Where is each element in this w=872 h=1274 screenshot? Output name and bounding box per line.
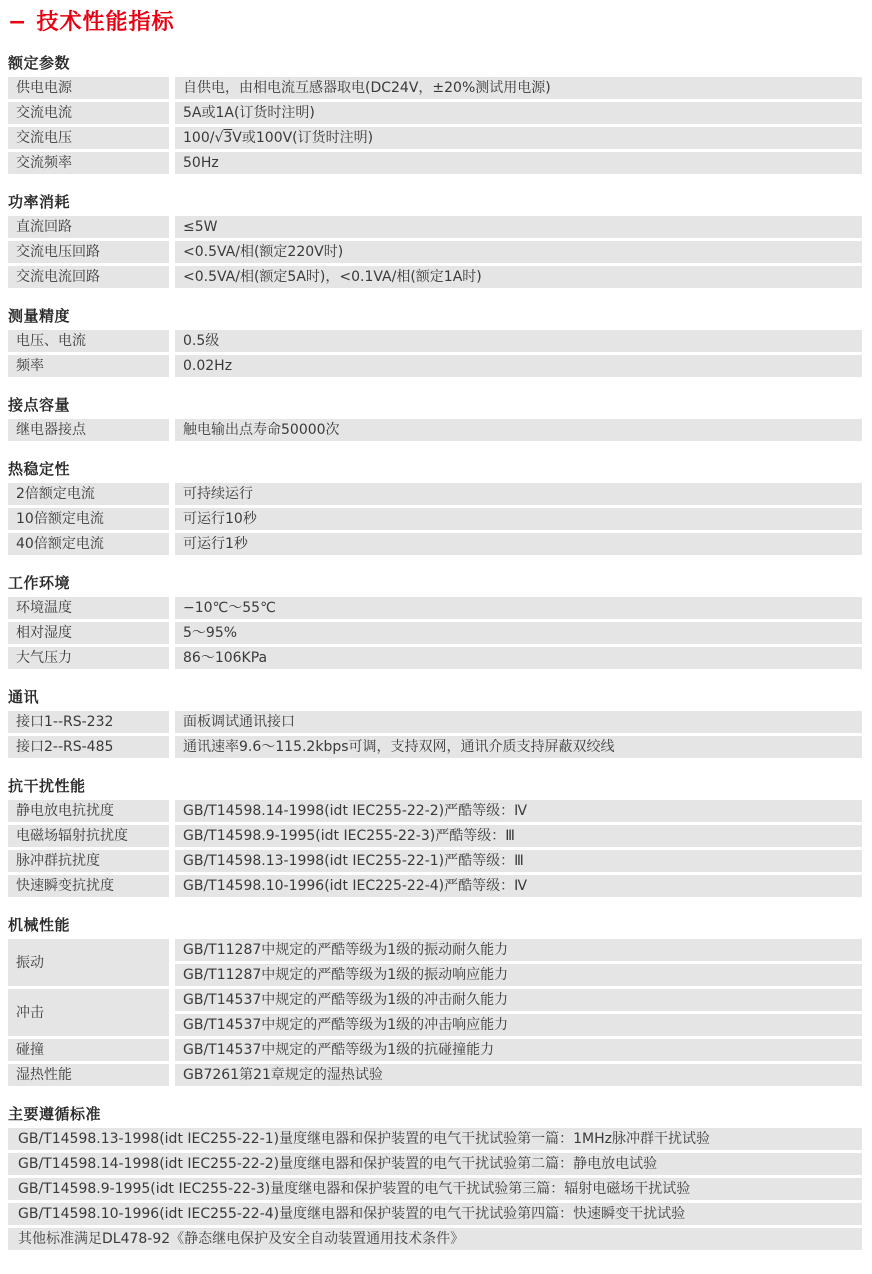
table-row: 脉冲群抗扰度 GB/T14598.13-1998(idt IEC255-22-1…	[8, 849, 862, 874]
row-value: 自供电，由相电流互感器取电(DC24V，±20%测试用电源)	[172, 77, 862, 101]
row-label: 直流回路	[8, 216, 172, 240]
section-rated-params: 额定参数 供电电源 自供电，由相电流互感器取电(DC24V，±20%测试用电源)…	[8, 54, 862, 177]
row-value: GB/T14537中规定的严酷等级为1级的冲击耐久能力	[172, 988, 862, 1013]
section-contact-capacity: 接点容量 继电器接点 触电输出点寿命50000次	[8, 396, 862, 444]
section-heading: 测量精度	[8, 307, 862, 325]
row-value: 可持续运行	[172, 483, 862, 507]
row-value: 可运行10秒	[172, 507, 862, 532]
row-label: 电压、电流	[8, 330, 172, 354]
page-title-text: 技术性能指标	[36, 10, 174, 36]
value-text: V或100V(订货时注明)	[232, 130, 373, 146]
row-label: 交流电流回路	[8, 265, 172, 290]
table-row: 接口2--RS-485 通讯速率9.6～115.2kbps可调，支持双网，通讯介…	[8, 735, 862, 760]
table-row: 交流频率 50Hz	[8, 151, 862, 176]
row-label: 交流电流	[8, 101, 172, 126]
table-row: 快速瞬变抗扰度 GB/T14598.10-1996(idt IEC225-22-…	[8, 874, 862, 899]
spec-table: 直流回路 ≤5W 交流电压回路 <0.5VA/相(额定220V时) 交流电流回路…	[8, 216, 862, 291]
table-row: 相对湿度 5～95%	[8, 621, 862, 646]
spec-table: 电压、电流 0.5级 频率 0.02Hz	[8, 330, 862, 380]
row-label: 接口2--RS-485	[8, 735, 172, 760]
spec-table: 接口1--RS-232 面板调试通讯接口 接口2--RS-485 通讯速率9.6…	[8, 711, 862, 761]
table-row: 静电放电抗扰度 GB/T14598.14-1998(idt IEC255-22-…	[8, 800, 862, 824]
section-heading: 主要遵循标准	[8, 1105, 862, 1123]
row-value: GB/T14537中规定的严酷等级为1级的抗碰撞能力	[172, 1038, 862, 1063]
row-label: 交流频率	[8, 151, 172, 176]
row-value: <0.5VA/相(额定5A时)，<0.1VA/相(额定1A时)	[172, 265, 862, 290]
row-value: 0.02Hz	[172, 354, 862, 379]
table-row: 10倍额定电流 可运行10秒	[8, 507, 862, 532]
table-row: 交流电压 100/√3V或100V(订货时注明)	[8, 126, 862, 151]
spec-table: 环境温度 −10℃～55℃ 相对湿度 5～95% 大气压力 86～106KPa	[8, 597, 862, 672]
row-value: GB/T14537中规定的严酷等级为1级的冲击响应能力	[172, 1013, 862, 1038]
section-heading: 通讯	[8, 688, 862, 706]
table-row: 继电器接点 触电输出点寿命50000次	[8, 419, 862, 443]
table-row: 振动 GB/T11287中规定的严酷等级为1级的振动耐久能力	[8, 939, 862, 963]
row-value: GB7261第21章规定的湿热试验	[172, 1063, 862, 1088]
row-value: GB/T14598.9-1995(idt IEC255-22-3)严酷等级：Ⅲ	[172, 824, 862, 849]
table-row: 大气压力 86～106KPa	[8, 646, 862, 671]
value-text: 100/	[183, 130, 214, 146]
row-label: 交流电压回路	[8, 240, 172, 265]
section-immunity: 抗干扰性能 静电放电抗扰度 GB/T14598.14-1998(idt IEC2…	[8, 777, 862, 900]
standard-row: GB/T14598.9-1995(idt IEC255-22-3)量度继电器和保…	[8, 1178, 862, 1200]
table-row: 碰撞 GB/T14537中规定的严酷等级为1级的抗碰撞能力	[8, 1038, 862, 1063]
row-value: 通讯速率9.6～115.2kbps可调，支持双网，通讯介质支持屏蔽双绞线	[172, 735, 862, 760]
standard-row: GB/T14598.13-1998(idt IEC255-22-1)量度继电器和…	[8, 1128, 862, 1150]
row-value: <0.5VA/相(额定220V时)	[172, 240, 862, 265]
row-label: 冲击	[8, 988, 172, 1038]
row-label: 40倍额定电流	[8, 532, 172, 557]
spec-table: 静电放电抗扰度 GB/T14598.14-1998(idt IEC255-22-…	[8, 800, 862, 900]
row-value: 面板调试通讯接口	[172, 711, 862, 735]
row-value: 触电输出点寿命50000次	[172, 419, 862, 443]
section-operating-environment: 工作环境 环境温度 −10℃～55℃ 相对湿度 5～95% 大气压力 86～10…	[8, 574, 862, 672]
section-heading: 功率消耗	[8, 193, 862, 211]
spec-table: 供电电源 自供电，由相电流互感器取电(DC24V，±20%测试用电源) 交流电流…	[8, 77, 862, 177]
row-value: 100/√3V或100V(订货时注明)	[172, 126, 862, 151]
row-value: GB/T14598.13-1998(idt IEC255-22-1)严酷等级：Ⅲ	[172, 849, 862, 874]
table-row: 供电电源 自供电，由相电流互感器取电(DC24V，±20%测试用电源)	[8, 77, 862, 101]
row-label: 接口1--RS-232	[8, 711, 172, 735]
row-label: 快速瞬变抗扰度	[8, 874, 172, 899]
row-label: 电磁场辐射抗扰度	[8, 824, 172, 849]
row-label: 脉冲群抗扰度	[8, 849, 172, 874]
row-label: 湿热性能	[8, 1063, 172, 1088]
row-value: ≤5W	[172, 216, 862, 240]
row-label: 大气压力	[8, 646, 172, 671]
table-row: 交流电压回路 <0.5VA/相(额定220V时)	[8, 240, 862, 265]
table-row: 环境温度 −10℃～55℃	[8, 597, 862, 621]
section-heading: 工作环境	[8, 574, 862, 592]
row-label: 继电器接点	[8, 419, 172, 443]
row-value: GB/T14598.14-1998(idt IEC255-22-2)严酷等级：Ⅳ	[172, 800, 862, 824]
table-row: 交流电流回路 <0.5VA/相(额定5A时)，<0.1VA/相(额定1A时)	[8, 265, 862, 290]
row-value: 0.5级	[172, 330, 862, 354]
section-heading: 热稳定性	[8, 460, 862, 478]
table-row: 40倍额定电流 可运行1秒	[8, 532, 862, 557]
row-value: 50Hz	[172, 151, 862, 176]
row-value: 5A或1A(订货时注明)	[172, 101, 862, 126]
standard-row: GB/T14598.10-1996(idt IEC255-22-4)量度继电器和…	[8, 1203, 862, 1225]
spec-table: 振动 GB/T11287中规定的严酷等级为1级的振动耐久能力 GB/T11287…	[8, 939, 862, 1089]
section-mechanical: 机械性能 振动 GB/T11287中规定的严酷等级为1级的振动耐久能力 GB/T…	[8, 916, 862, 1089]
standard-row: GB/T14598.14-1998(idt IEC255-22-2)量度继电器和…	[8, 1153, 862, 1175]
row-label: 振动	[8, 939, 172, 988]
table-row: 电压、电流 0.5级	[8, 330, 862, 354]
row-value: GB/T11287中规定的严酷等级为1级的振动响应能力	[172, 963, 862, 988]
spec-table: 2倍额定电流 可持续运行 10倍额定电流 可运行10秒 40倍额定电流 可运行1…	[8, 483, 862, 558]
row-value: GB/T14598.10-1996(idt IEC225-22-4)严酷等级：Ⅳ	[172, 874, 862, 899]
table-row: 交流电流 5A或1A(订货时注明)	[8, 101, 862, 126]
row-value: 86～106KPa	[172, 646, 862, 671]
row-value: GB/T11287中规定的严酷等级为1级的振动耐久能力	[172, 939, 862, 963]
row-label: 交流电压	[8, 126, 172, 151]
row-label: 相对湿度	[8, 621, 172, 646]
table-row: 接口1--RS-232 面板调试通讯接口	[8, 711, 862, 735]
spec-table: 继电器接点 触电输出点寿命50000次	[8, 419, 862, 444]
table-row: 频率 0.02Hz	[8, 354, 862, 379]
section-standards: 主要遵循标准 GB/T14598.13-1998(idt IEC255-22-1…	[8, 1105, 862, 1250]
section-heading: 机械性能	[8, 916, 862, 934]
table-row: 湿热性能 GB7261第21章规定的湿热试验	[8, 1063, 862, 1088]
row-label: 频率	[8, 354, 172, 379]
table-row: 冲击 GB/T14537中规定的严酷等级为1级的冲击耐久能力	[8, 988, 862, 1013]
section-thermal-stability: 热稳定性 2倍额定电流 可持续运行 10倍额定电流 可运行10秒 40倍额定电流…	[8, 460, 862, 558]
title-dash: −	[8, 10, 27, 36]
section-measurement-accuracy: 测量精度 电压、电流 0.5级 频率 0.02Hz	[8, 307, 862, 380]
section-heading: 抗干扰性能	[8, 777, 862, 795]
standard-row: 其他标准满足DL478-92《静态继电保护及安全自动装置通用技术条件》	[8, 1228, 862, 1250]
row-label: 碰撞	[8, 1038, 172, 1063]
row-label: 静电放电抗扰度	[8, 800, 172, 824]
page-title: − 技术性能指标	[8, 10, 862, 36]
table-row: 电磁场辐射抗扰度 GB/T14598.9-1995(idt IEC255-22-…	[8, 824, 862, 849]
section-heading: 接点容量	[8, 396, 862, 414]
sqrt-radicand: 3	[223, 130, 232, 146]
spec-document-page: − 技术性能指标 额定参数 供电电源 自供电，由相电流互感器取电(DC24V，±…	[0, 0, 872, 1274]
row-label: 环境温度	[8, 597, 172, 621]
row-value: 5～95%	[172, 621, 862, 646]
table-row: 直流回路 ≤5W	[8, 216, 862, 240]
table-row: 2倍额定电流 可持续运行	[8, 483, 862, 507]
row-label: 10倍额定电流	[8, 507, 172, 532]
section-communication: 通讯 接口1--RS-232 面板调试通讯接口 接口2--RS-485 通讯速率…	[8, 688, 862, 761]
section-heading: 额定参数	[8, 54, 862, 72]
row-label: 2倍额定电流	[8, 483, 172, 507]
row-label: 供电电源	[8, 77, 172, 101]
section-power-consumption: 功率消耗 直流回路 ≤5W 交流电压回路 <0.5VA/相(额定220V时) 交…	[8, 193, 862, 291]
row-value: 可运行1秒	[172, 532, 862, 557]
row-value: −10℃～55℃	[172, 597, 862, 621]
